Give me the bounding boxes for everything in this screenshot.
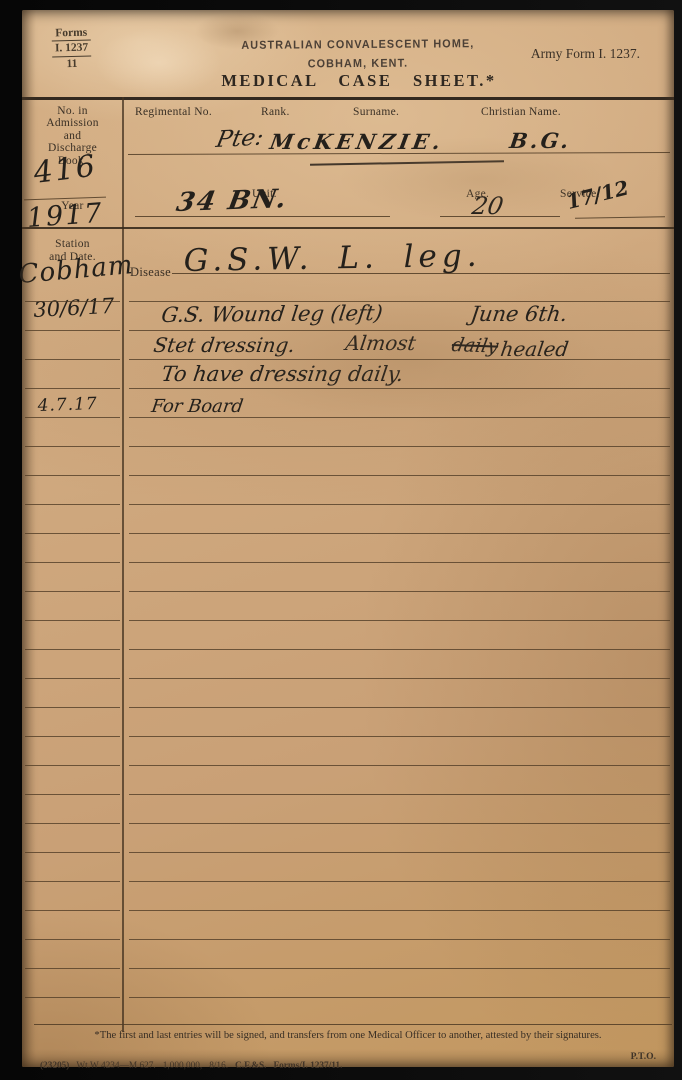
surname-underline bbox=[310, 160, 504, 165]
surname-label: Surname. bbox=[353, 106, 399, 118]
institution-line1: AUSTRALIAN CONVALESCENT HOME, bbox=[241, 38, 474, 52]
service-value: 17/12 bbox=[564, 175, 631, 214]
note-healed-text: healed bbox=[499, 337, 570, 361]
regimental-no-label: Regimental No. bbox=[135, 106, 212, 118]
forms-stamp-line2: I. 1237 bbox=[52, 41, 92, 57]
note-daily-dressing-text: To have dressing daily. bbox=[160, 362, 405, 386]
medical-case-sheet-page: Forms I. 1237 11 AUSTRALIAN CONVALESCENT… bbox=[22, 10, 674, 1067]
age-value: 20 bbox=[470, 192, 505, 220]
station-label-line1: Station bbox=[55, 238, 90, 250]
imprint-detail: Wt.W 4234—M 627. 1,000,000, 8/16. bbox=[76, 1061, 228, 1071]
forms-stamp-line3: 11 bbox=[52, 56, 92, 71]
christian-name-label: Christian Name. bbox=[481, 106, 561, 118]
note-dressing-text: Stet dressing. bbox=[152, 333, 297, 357]
print-imprint: (23205) Wt.W 4234—M 627. 1,000,000, 8/16… bbox=[26, 1051, 342, 1080]
note-struck-word: daily bbox=[450, 334, 500, 358]
admission-label-line3: and bbox=[64, 130, 82, 142]
army-form-number: Army Form I. 1237. bbox=[531, 46, 640, 62]
admission-number-value: 416 bbox=[32, 149, 99, 191]
christian-name-value: B.G. bbox=[508, 128, 573, 153]
note-board-date: 4.7.17 bbox=[37, 394, 98, 416]
institution-stamp: AUSTRALIAN CONVALESCENT HOME, COBHAM, KE… bbox=[241, 35, 474, 75]
form-title: MEDICAL CASE SHEET.* bbox=[221, 71, 496, 91]
rank-label: Rank. bbox=[261, 106, 290, 118]
section-rule bbox=[22, 227, 674, 229]
note-board-text: For Board bbox=[150, 396, 245, 417]
document-scan: Forms I. 1237 11 AUSTRALIAN CONVALESCENT… bbox=[0, 0, 682, 1080]
note-almost-text: Almost bbox=[344, 331, 418, 355]
unit-value: 34 BN. bbox=[174, 184, 290, 218]
surname-value: McKENZIE. bbox=[268, 129, 446, 154]
forms-stamp-line1: Forms bbox=[51, 25, 91, 41]
service-rule bbox=[575, 216, 665, 219]
ruled-lines-left-column bbox=[25, 273, 120, 998]
institution-line2: COBHAM, KENT. bbox=[308, 58, 409, 71]
note-wound-text: G.S. Wound leg (left) bbox=[160, 301, 384, 327]
year-value: 1917 bbox=[26, 198, 105, 234]
forms-number-stamp: Forms I. 1237 11 bbox=[51, 25, 91, 71]
footnote-rule bbox=[34, 1024, 672, 1025]
note-wound-date: June 6th. bbox=[469, 302, 569, 326]
admission-label-line2: Admission bbox=[46, 117, 99, 129]
header-rule bbox=[22, 97, 674, 100]
footnote-text: *The first and last entries will be sign… bbox=[22, 1030, 674, 1041]
imprint-forms: C.F.&S. Forms/I. 1237/11. bbox=[235, 1061, 342, 1071]
rank-value: Pte: bbox=[214, 125, 266, 153]
imprint-number: (23205) bbox=[40, 1061, 69, 1071]
pto-label: P.T.O. bbox=[631, 1051, 656, 1062]
admission-label-line1: No. in bbox=[57, 105, 88, 117]
